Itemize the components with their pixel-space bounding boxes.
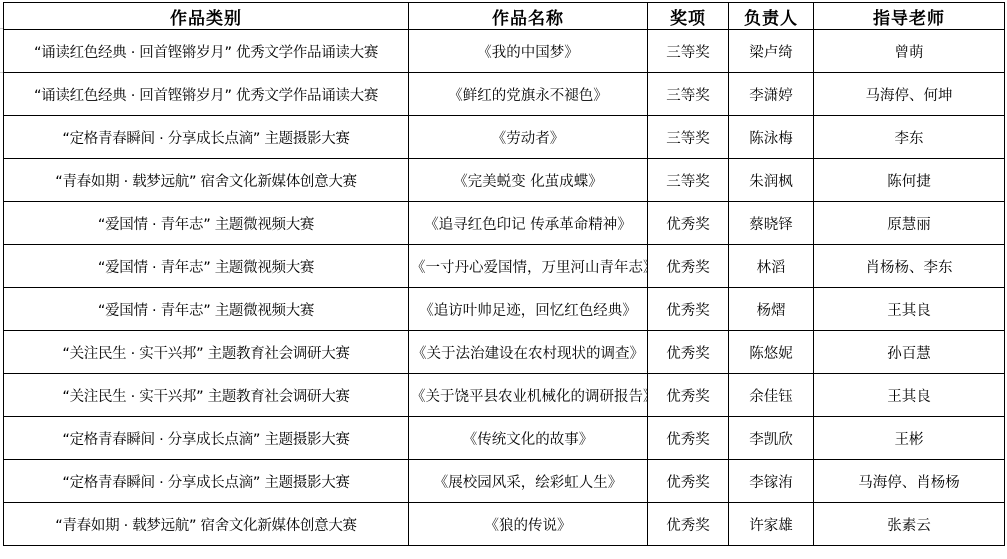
cell-category: “爱国情 · 青年志” 主题微视频大赛 (4, 202, 409, 245)
cell-title: 《一寸丹心爱国情，万里河山青年志》 (409, 245, 648, 288)
header-category: 作品类别 (4, 3, 409, 30)
cell-leader: 余佳钰 (729, 374, 814, 417)
cell-advisor: 王其良 (814, 288, 1005, 331)
table-row: “爱国情 · 青年志” 主题微视频大赛 《追寻红色印记 传承革命精神》 优秀奖 … (4, 202, 1005, 245)
cell-award: 优秀奖 (648, 417, 729, 460)
cell-leader: 陈悠妮 (729, 331, 814, 374)
cell-advisor: 曾萌 (814, 30, 1005, 73)
cell-leader: 蔡晓铎 (729, 202, 814, 245)
table-row: “爱国情 · 青年志” 主题微视频大赛 《追访叶帅足迹，回忆红色经典》 优秀奖 … (4, 288, 1005, 331)
cell-title: 《关于饶平县农业机械化的调研报告》 (409, 374, 648, 417)
cell-title: 《狼的传说》 (409, 503, 648, 546)
header-advisor: 指导老师 (814, 3, 1005, 30)
cell-advisor: 张素云 (814, 503, 1005, 546)
header-row: 作品类别 作品名称 奖项 负责人 指导老师 (4, 3, 1005, 30)
cell-title: 《追访叶帅足迹，回忆红色经典》 (409, 288, 648, 331)
cell-title: 《我的中国梦》 (409, 30, 648, 73)
cell-award: 优秀奖 (648, 202, 729, 245)
cell-leader: 许家雄 (729, 503, 814, 546)
cell-category: “诵读红色经典 · 回首铿锵岁月” 优秀文学作品诵读大赛 (4, 73, 409, 116)
header-award: 奖项 (648, 3, 729, 30)
header-leader: 负责人 (729, 3, 814, 30)
cell-advisor: 原慧丽 (814, 202, 1005, 245)
table-row: “爱国情 · 青年志” 主题微视频大赛 《一寸丹心爱国情，万里河山青年志》 优秀… (4, 245, 1005, 288)
cell-category: “关注民生 · 实干兴邦” 主题教育社会调研大赛 (4, 374, 409, 417)
cell-award: 三等奖 (648, 73, 729, 116)
cell-advisor: 王其良 (814, 374, 1005, 417)
cell-category: “爱国情 · 青年志” 主题微视频大赛 (4, 288, 409, 331)
cell-leader: 朱润枫 (729, 159, 814, 202)
cell-category: “爱国情 · 青年志” 主题微视频大赛 (4, 245, 409, 288)
header-title: 作品名称 (409, 3, 648, 30)
cell-title: 《追寻红色印记 传承革命精神》 (409, 202, 648, 245)
cell-award: 三等奖 (648, 159, 729, 202)
cell-category: “定格青春瞬间 · 分享成长点滴” 主题摄影大赛 (4, 417, 409, 460)
cell-leader: 李镓洧 (729, 460, 814, 503)
cell-title: 《关于法治建设在农村现状的调查》 (409, 331, 648, 374)
cell-category: “关注民生 · 实干兴邦” 主题教育社会调研大赛 (4, 331, 409, 374)
cell-leader: 梁卢绮 (729, 30, 814, 73)
cell-leader: 李凯欣 (729, 417, 814, 460)
cell-award: 优秀奖 (648, 503, 729, 546)
cell-category: “青春如期 · 载梦远航” 宿舍文化新媒体创意大赛 (4, 159, 409, 202)
cell-category: “诵读红色经典 · 回首铿锵岁月” 优秀文学作品诵读大赛 (4, 30, 409, 73)
table-row: “定格青春瞬间 · 分享成长点滴” 主题摄影大赛 《传统文化的故事》 优秀奖 李… (4, 417, 1005, 460)
cell-award: 优秀奖 (648, 331, 729, 374)
table-row: “关注民生 · 实干兴邦” 主题教育社会调研大赛 《关于法治建设在农村现状的调查… (4, 331, 1005, 374)
table-row: “关注民生 · 实干兴邦” 主题教育社会调研大赛 《关于饶平县农业机械化的调研报… (4, 374, 1005, 417)
cell-award: 三等奖 (648, 116, 729, 159)
cell-award: 优秀奖 (648, 245, 729, 288)
cell-category: “定格青春瞬间 · 分享成长点滴” 主题摄影大赛 (4, 460, 409, 503)
cell-category: “定格青春瞬间 · 分享成长点滴” 主题摄影大赛 (4, 116, 409, 159)
table-row: “诵读红色经典 · 回首铿锵岁月” 优秀文学作品诵读大赛 《鲜红的党旗永不褪色》… (4, 73, 1005, 116)
cell-category: “青春如期 · 载梦远航” 宿舍文化新媒体创意大赛 (4, 503, 409, 546)
cell-advisor: 孙百慧 (814, 331, 1005, 374)
table-row: “青春如期 · 载梦远航” 宿舍文化新媒体创意大赛 《狼的传说》 优秀奖 许家雄… (4, 503, 1005, 546)
table-row: “定格青春瞬间 · 分享成长点滴” 主题摄影大赛 《展校园风采，绘彩虹人生》 优… (4, 460, 1005, 503)
cell-advisor: 王彬 (814, 417, 1005, 460)
table-row: “诵读红色经典 · 回首铿锵岁月” 优秀文学作品诵读大赛 《我的中国梦》 三等奖… (4, 30, 1005, 73)
cell-advisor: 肖杨杨、李东 (814, 245, 1005, 288)
cell-title: 《展校园风采，绘彩虹人生》 (409, 460, 648, 503)
cell-leader: 杨熠 (729, 288, 814, 331)
cell-advisor: 李东 (814, 116, 1005, 159)
cell-title: 《劳动者》 (409, 116, 648, 159)
cell-advisor: 陈何捷 (814, 159, 1005, 202)
cell-leader: 李潇婷 (729, 73, 814, 116)
table-row: “青春如期 · 载梦远航” 宿舍文化新媒体创意大赛 《完美蜕变 化茧成蝶》 三等… (4, 159, 1005, 202)
cell-title: 《鲜红的党旗永不褪色》 (409, 73, 648, 116)
cell-award: 优秀奖 (648, 460, 729, 503)
cell-leader: 陈泳梅 (729, 116, 814, 159)
awards-table: 作品类别 作品名称 奖项 负责人 指导老师 “诵读红色经典 · 回首铿锵岁月” … (3, 2, 1005, 546)
cell-title: 《完美蜕变 化茧成蝶》 (409, 159, 648, 202)
cell-title: 《传统文化的故事》 (409, 417, 648, 460)
cell-leader: 林滔 (729, 245, 814, 288)
cell-award: 优秀奖 (648, 288, 729, 331)
table-row: “定格青春瞬间 · 分享成长点滴” 主题摄影大赛 《劳动者》 三等奖 陈泳梅 李… (4, 116, 1005, 159)
cell-advisor: 马海停、肖杨杨 (814, 460, 1005, 503)
cell-award: 三等奖 (648, 30, 729, 73)
cell-award: 优秀奖 (648, 374, 729, 417)
cell-advisor: 马海停、何坤 (814, 73, 1005, 116)
